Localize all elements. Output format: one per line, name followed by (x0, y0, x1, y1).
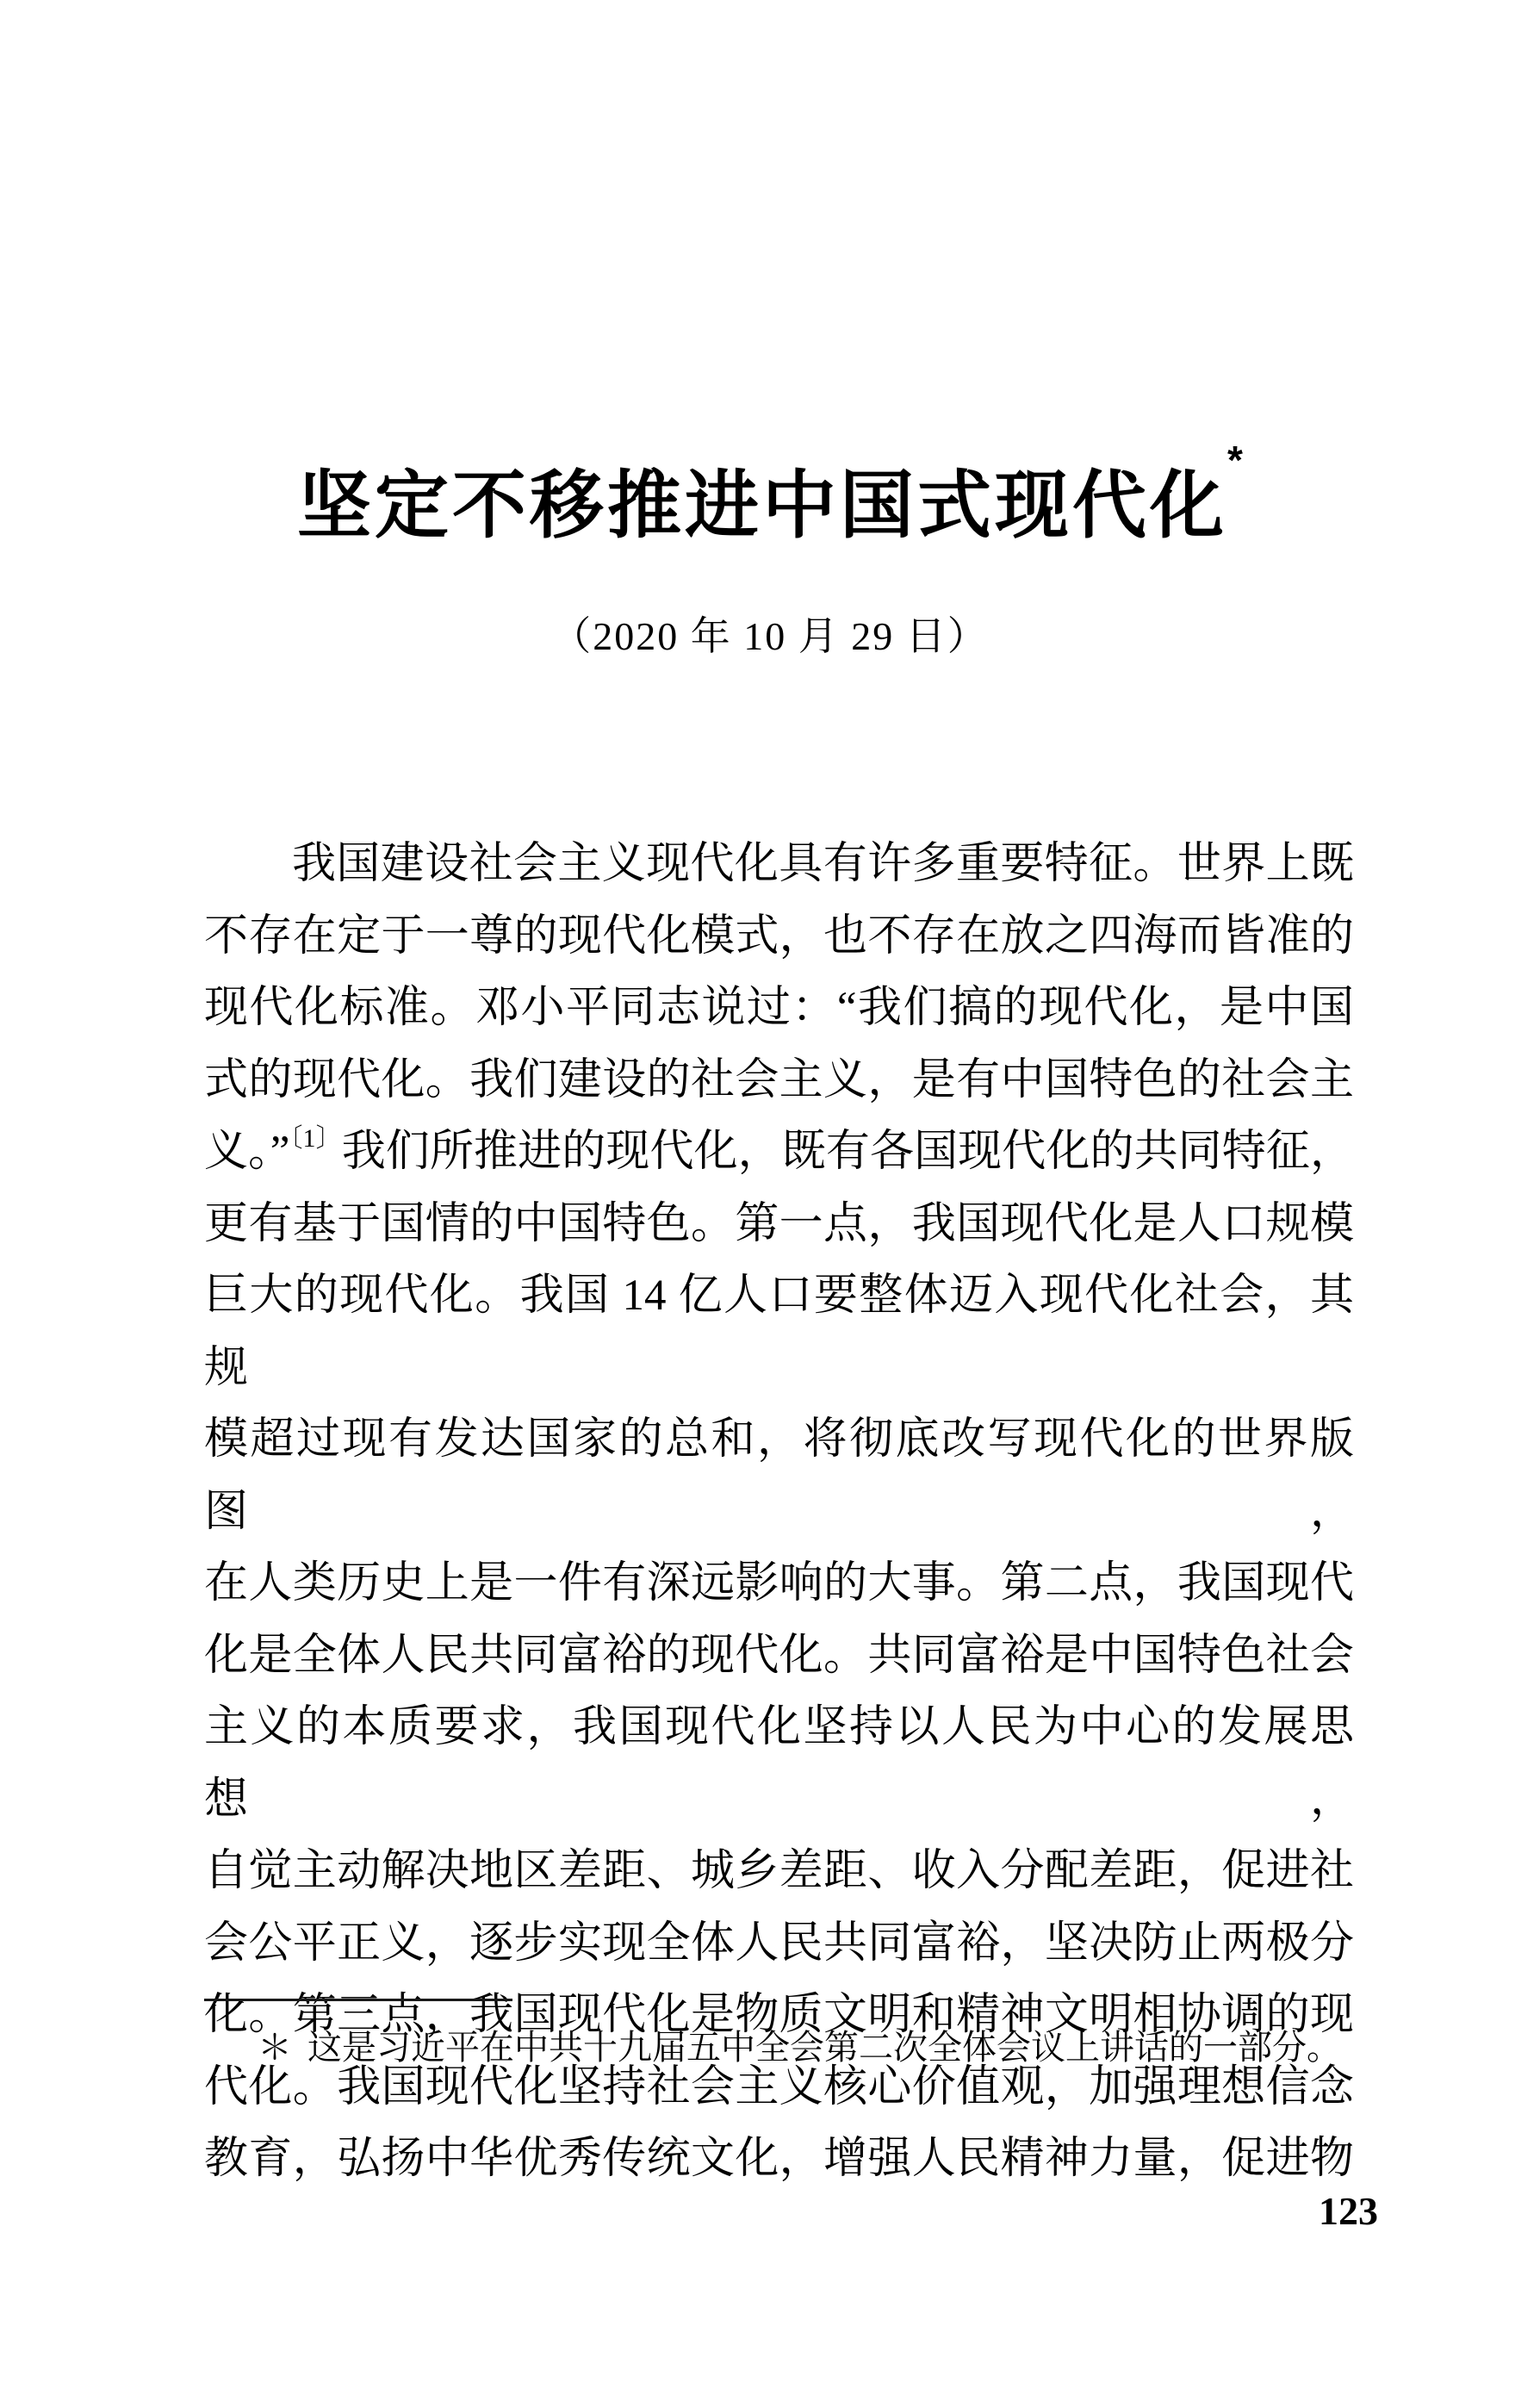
body-line: 主义的本质要求，我国现代化坚持以人民为中心的发展思想， (204, 1692, 1354, 1836)
footnote: ＊这是习近平在中共十九届五中全会第二次全体会议上讲话的一部分。 (204, 2023, 1354, 2073)
title-text: 坚定不移推进中国式现代化 (297, 464, 1227, 547)
book-page: 坚定不移推进中国式现代化* （2020 年 10 月 29 日） 我国建设社会主… (0, 0, 1540, 2388)
body-line: 更有基于国情的中国特色。第一点，我国现代化是人口规模 (204, 1189, 1354, 1261)
page-title: 坚定不移推进中国式现代化* (0, 465, 1540, 547)
body-line: 式的现代化。我们建设的社会主义，是有中国特色的社会主 (204, 1045, 1354, 1117)
footnote-separator (204, 1999, 512, 2001)
body-line: 自觉主动解决地区差距、城乡差距、收入分配差距，促进社 (204, 1836, 1354, 1908)
page-number: 123 (1319, 2188, 1378, 2234)
body-line: 化是全体人民共同富裕的现代化。共同富裕是中国特色社会 (204, 1620, 1354, 1693)
footnote-marker: ＊ (258, 2028, 292, 2067)
body-line: 在人类历史上是一件有深远影响的大事。第二点，我国现代 (204, 1548, 1354, 1620)
body-line: 巨大的现代化。我国 14 亿人口要整体迈入现代化社会，其规 (204, 1260, 1354, 1404)
title-footnote-marker: * (1227, 438, 1243, 482)
body-line: 义。”〔1〕我们所推进的现代化，既有各国现代化的共同特征， (204, 1116, 1354, 1189)
body-line-segment: 义。” (204, 1128, 289, 1176)
body-line: 教育，弘扬中华优秀传统文化，增强人民精神力量，促进物 (204, 2124, 1354, 2196)
body-line: 会公平正义，逐步实现全体人民共同富裕，坚决防止两极分 (204, 1908, 1354, 1981)
body-line: 不存在定于一尊的现代化模式，也不存在放之四海而皆准的 (204, 901, 1354, 973)
footnote-text: 这是习近平在中共十九届五中全会第二次全体会议上讲话的一部分。 (307, 2028, 1341, 2067)
date-line: （2020 年 10 月 29 日） (0, 605, 1540, 662)
body-line: 现代化标准。邓小平同志说过：“我们搞的现代化，是中国 (204, 973, 1354, 1045)
body-line: 我国建设社会主义现代化具有许多重要特征。世界上既 (204, 829, 1354, 901)
body-text: 我国建设社会主义现代化具有许多重要特征。世界上既 不存在定于一尊的现代化模式，也… (204, 829, 1354, 2196)
body-line-segment: 我们所推进的现代化，既有各国现代化的共同特征， (342, 1128, 1354, 1176)
footnote-ref-1: 〔1〕 (289, 1124, 341, 1153)
body-line: 模超过现有发达国家的总和，将彻底改写现代化的世界版图， (204, 1404, 1354, 1548)
